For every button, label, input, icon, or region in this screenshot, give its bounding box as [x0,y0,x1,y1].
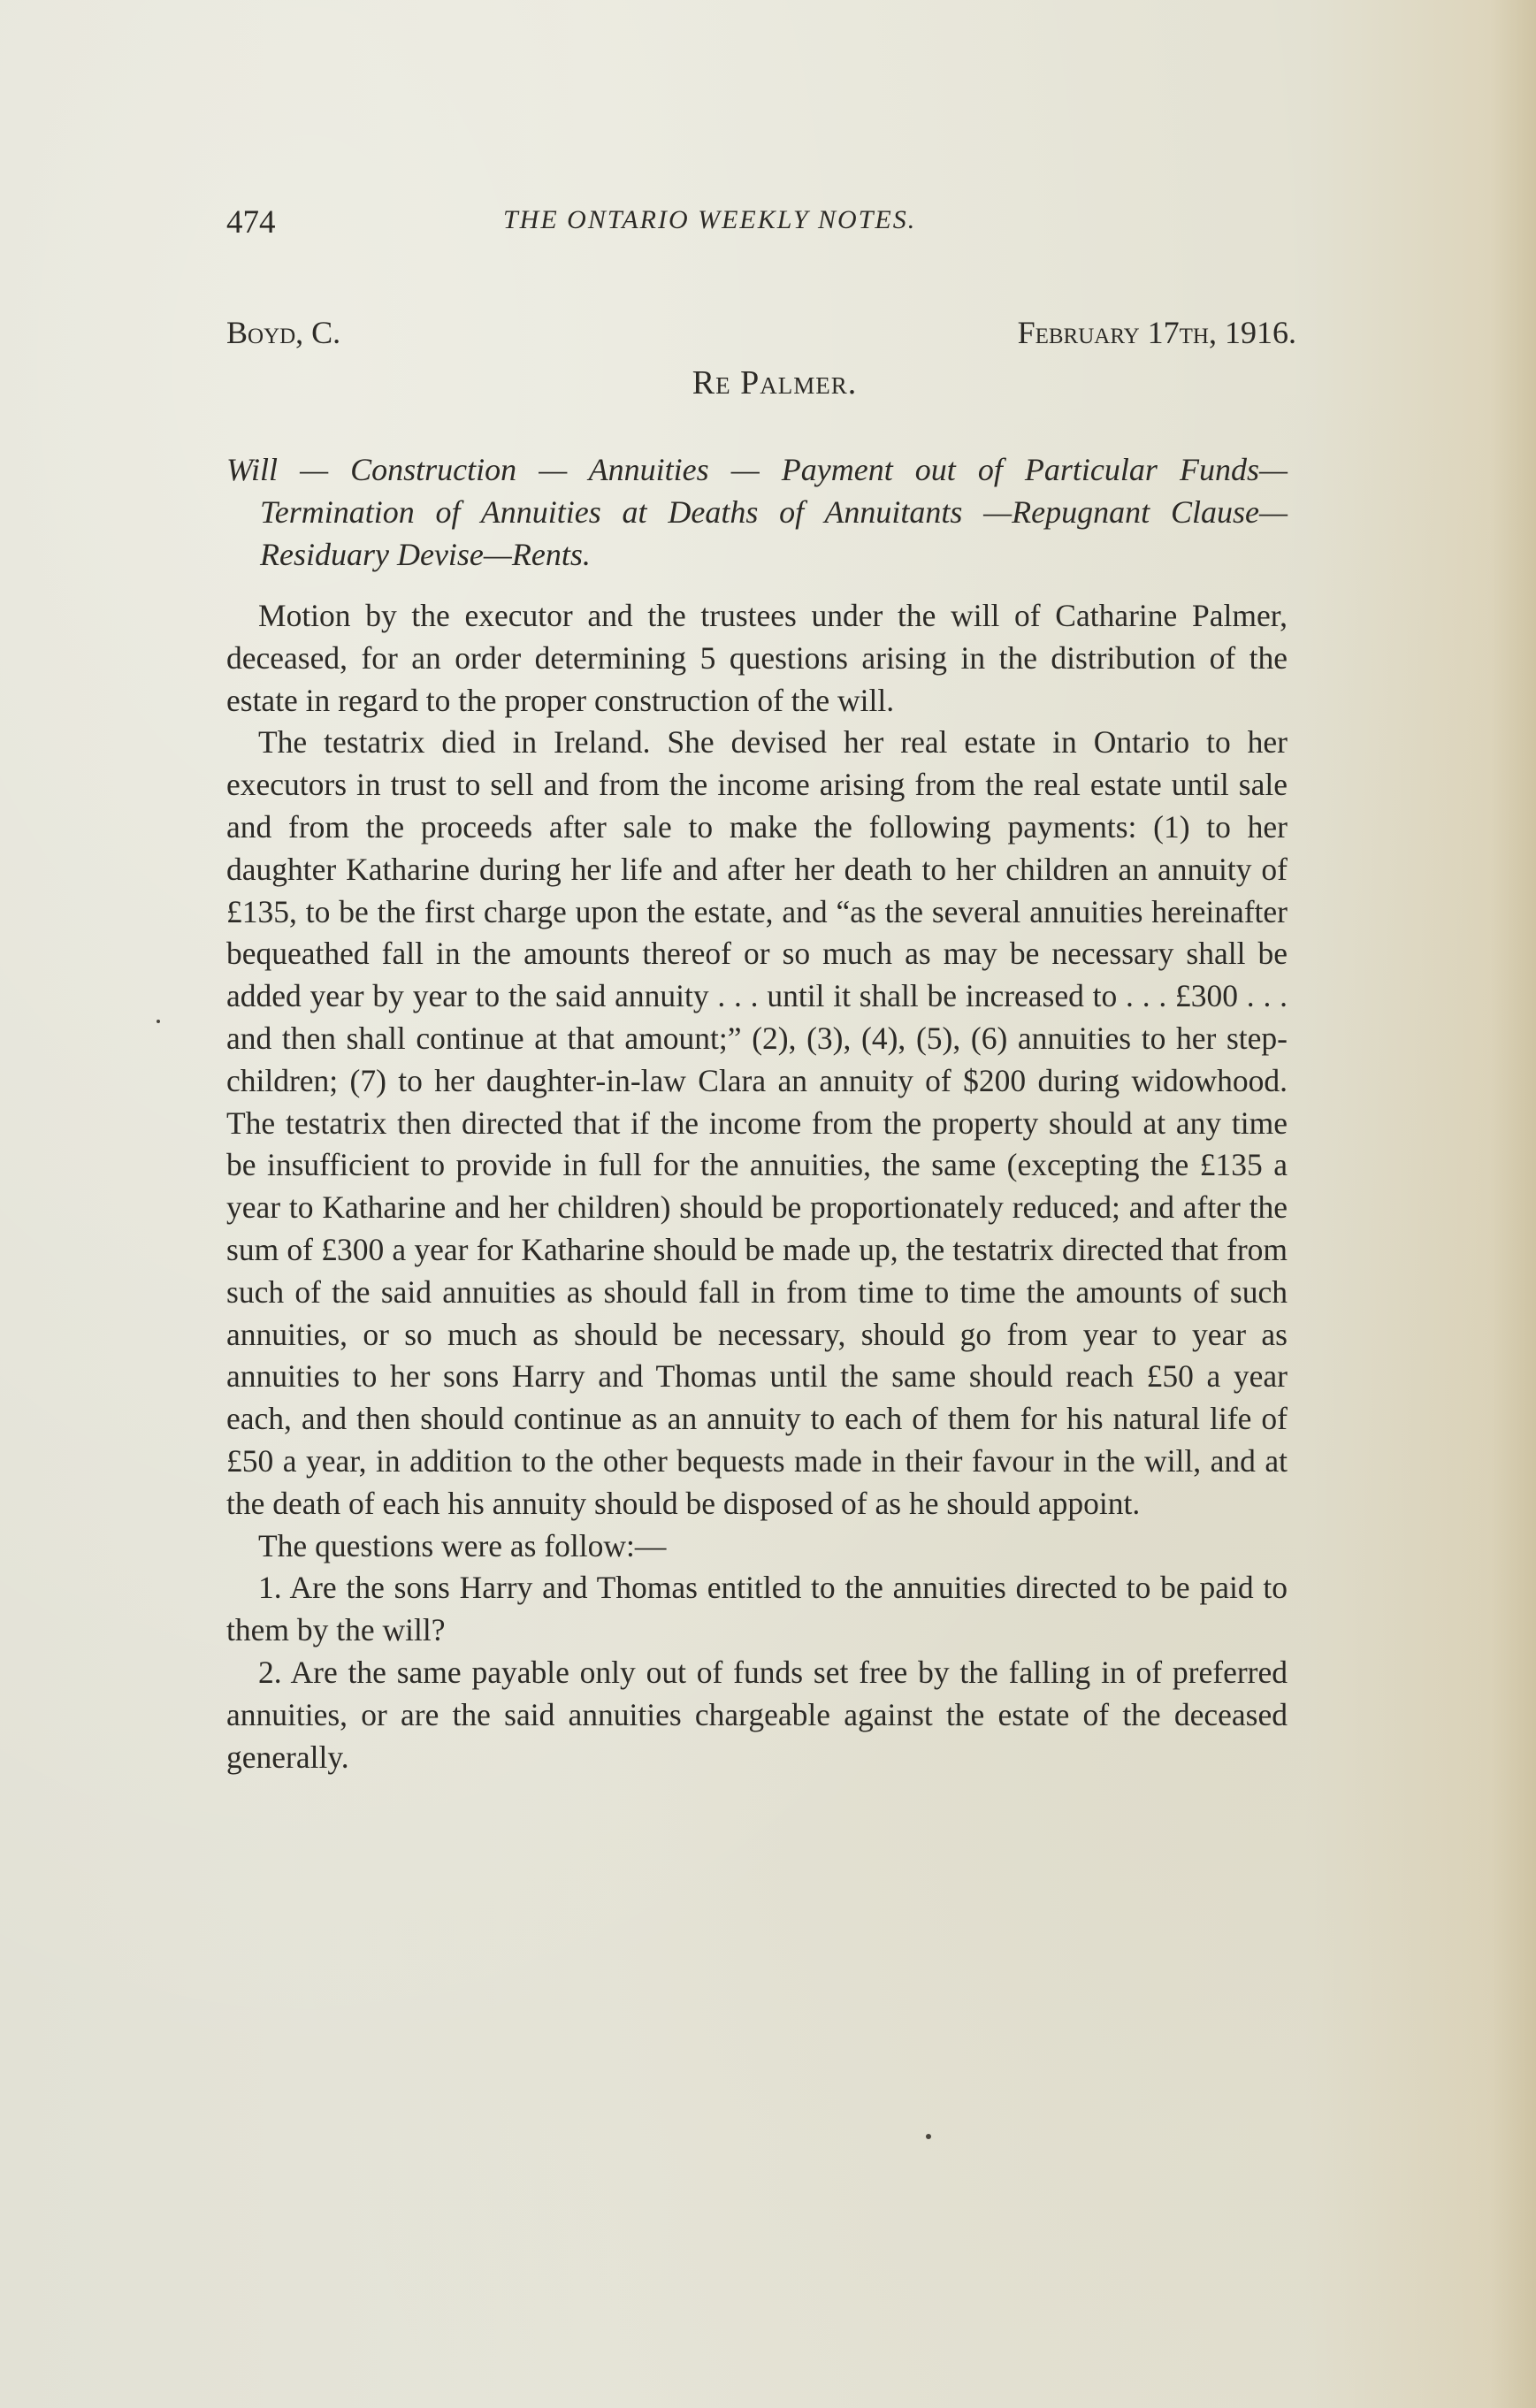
document-page: 474 THE ONTARIO WEEKLY NOTES. Boyd, C. F… [226,203,1288,1778]
paragraph-motion: Motion by the executor and the trustees … [226,595,1288,722]
journal-title: THE ONTARIO WEEKLY NOTES. [503,205,916,235]
question-2: 2. Are the same payable only out of fund… [226,1652,1288,1778]
question-1: 1. Are the sons Harry and Thomas entitle… [226,1567,1288,1652]
page-number: 474 [226,203,276,241]
running-head: 474 THE ONTARIO WEEKLY NOTES. [226,203,1288,256]
paragraph-questions-intro: The questions were as follow:— [226,1525,1288,1568]
ink-speck [157,1020,160,1023]
judgment-date: February 17th, 1916. [1018,314,1296,351]
paragraph-facts: The testatrix died in Ireland. She devis… [226,722,1288,1525]
body-text: Motion by the executor and the trustees … [226,595,1288,1778]
byline: Boyd, C. February 17th, 1916. [226,314,1288,358]
headnote: Will — Construction — Annuities — Paymen… [226,448,1288,576]
case-title: Re Palmer. [262,363,1288,402]
ink-speck [926,2134,931,2139]
judge-name: Boyd, C. [226,314,340,351]
